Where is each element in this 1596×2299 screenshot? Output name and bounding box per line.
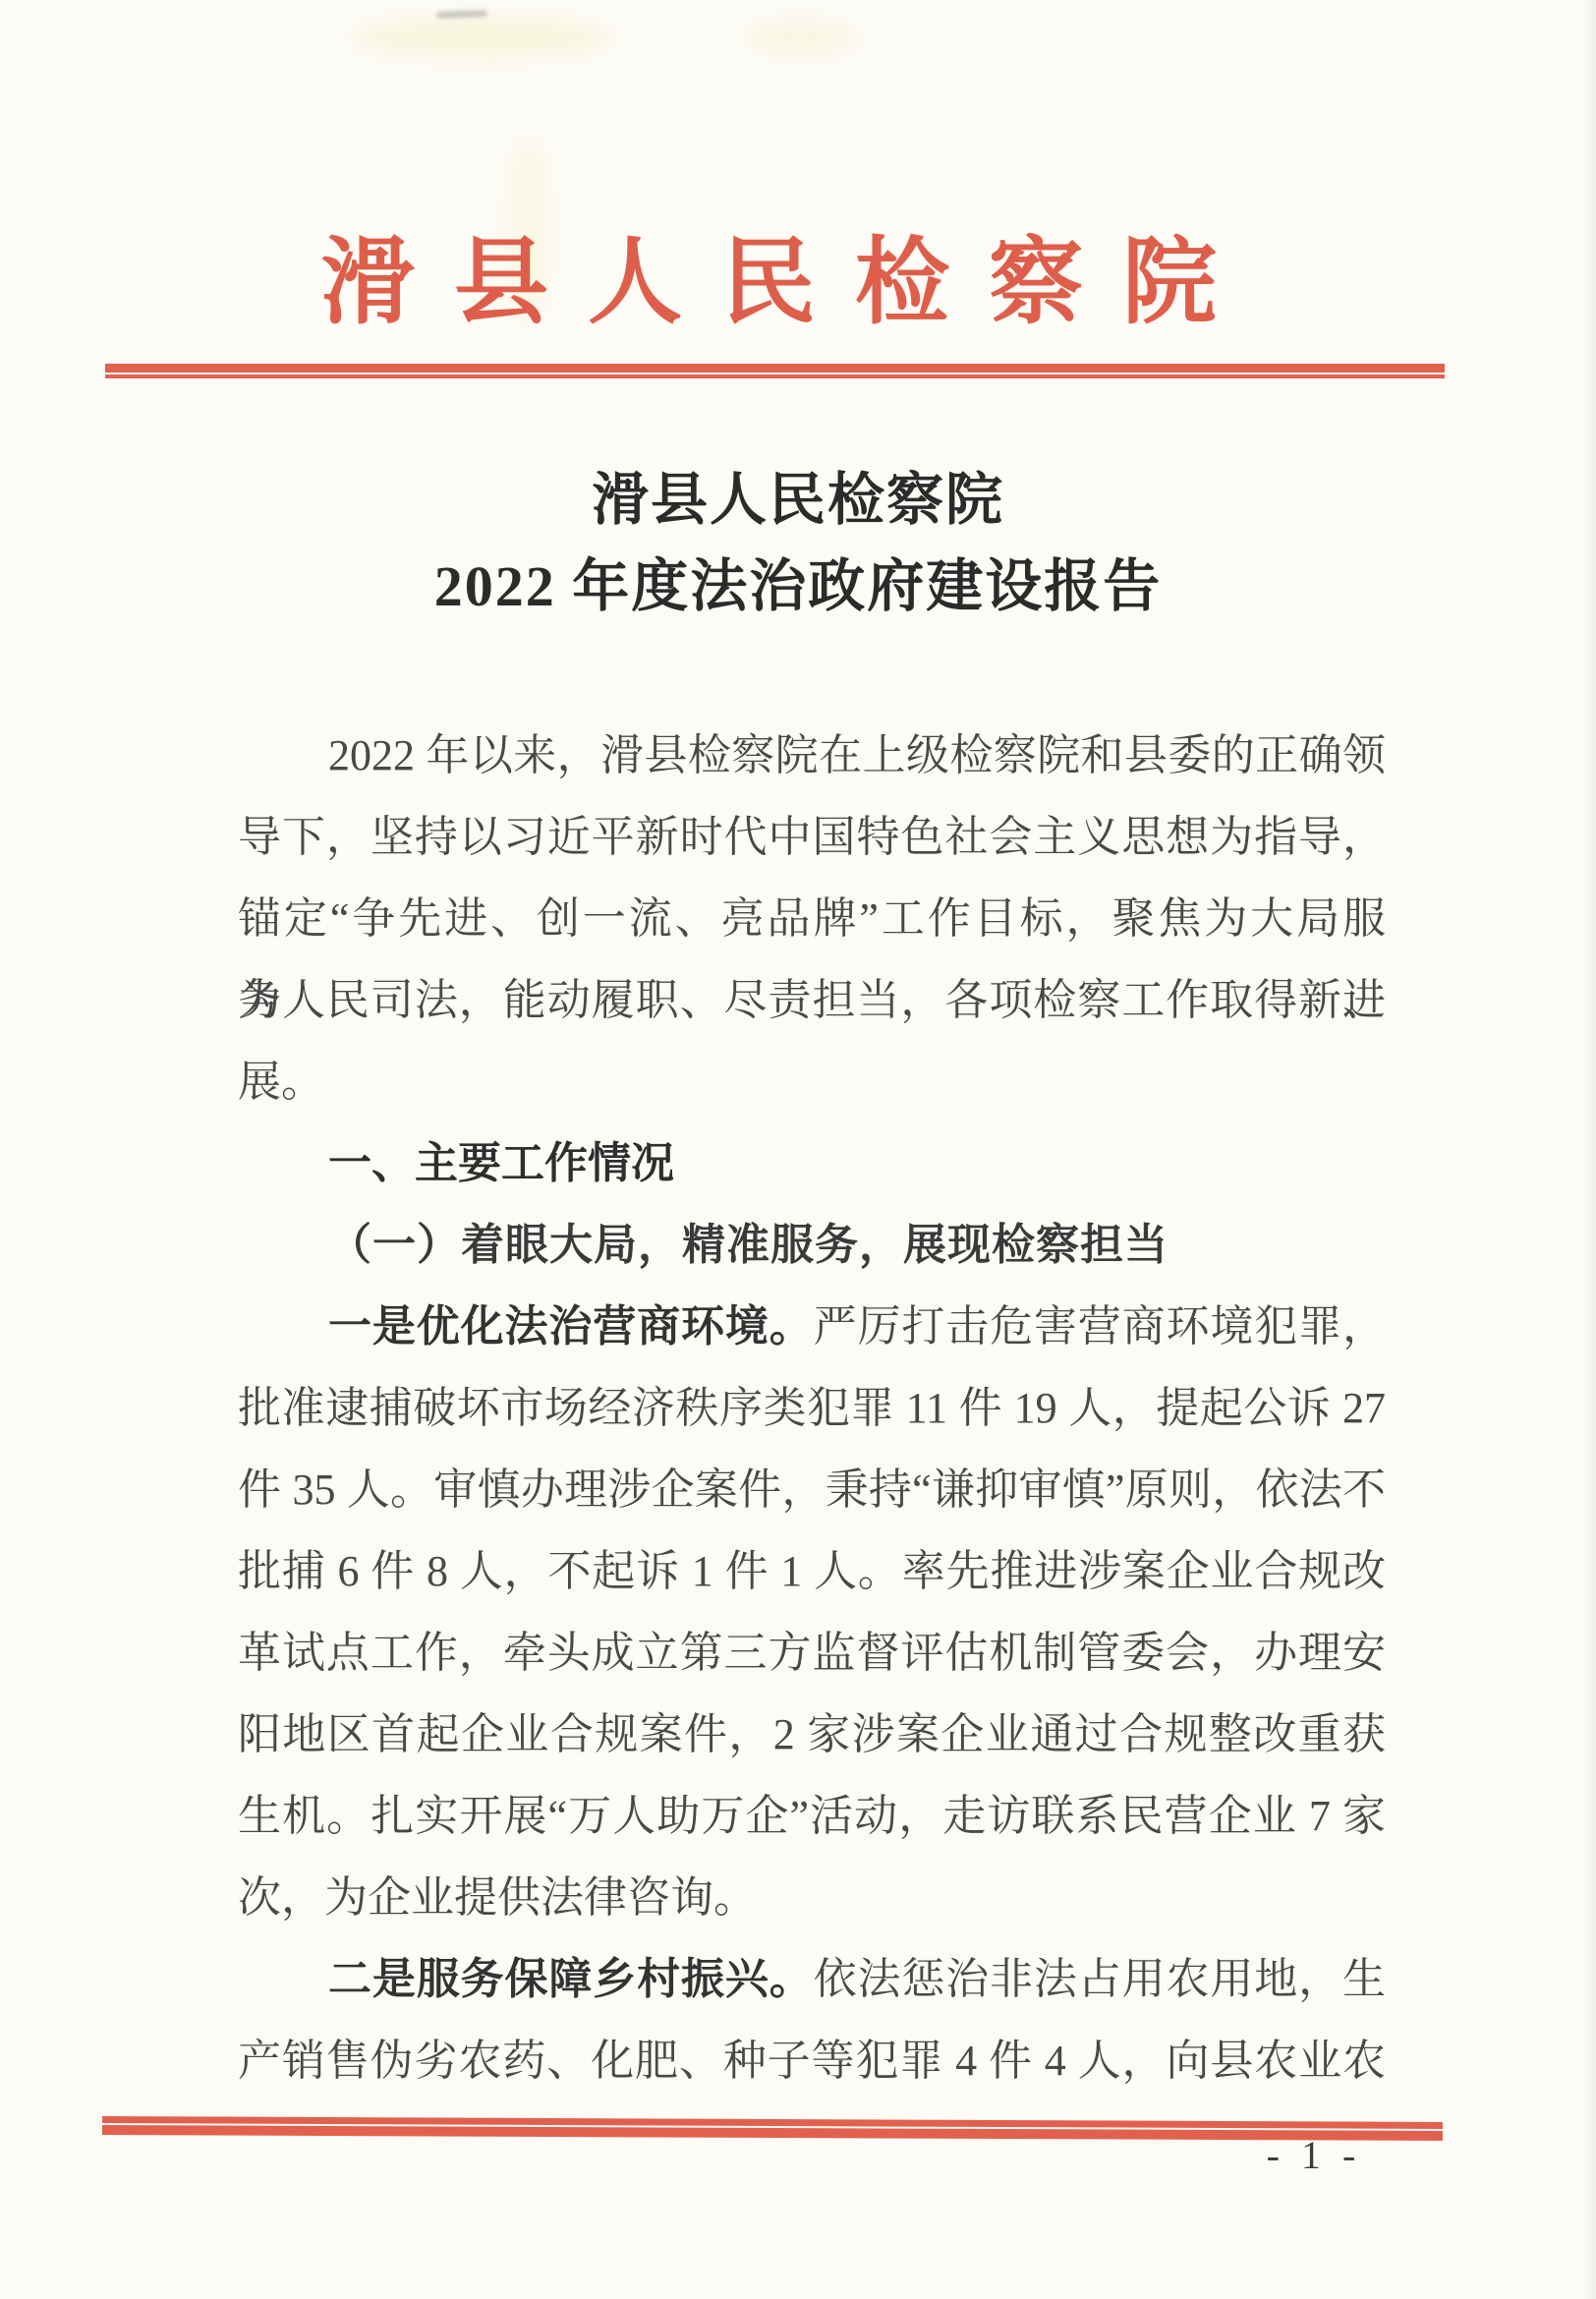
line-text: 阳地区首起企业合规案件，2 家涉案企业通过合规整改重获 bbox=[238, 1710, 1386, 1758]
body-line: 阳地区首起企业合规案件，2 家涉案企业通过合规整改重获 bbox=[238, 1694, 1386, 1775]
body-line: 批准逮捕破坏市场经济秩序类犯罪 11 件 19 人，提起公诉 27 bbox=[238, 1367, 1386, 1449]
body-line: 为人民司法，能动履职、尽责担当，各项检察工作取得新进 bbox=[238, 959, 1386, 1041]
body-line: 产销售伪劣农药、化肥、种子等犯罪 4 件 4 人，向县农业农 bbox=[238, 2020, 1386, 2101]
line-text: 革试点工作，牵头成立第三方监督评估机制管委会，办理安 bbox=[238, 1629, 1386, 1677]
document-body: 2022 年以来，滑县检察院在上级检察院和县委的正确领 导下，坚持以习近平新时代… bbox=[238, 715, 1386, 2101]
body-line: 生机。扎实开展“万人助万企”活动，走访联系民营企业 7 家 bbox=[238, 1775, 1386, 1857]
line-text: 批准逮捕破坏市场经济秩序类犯罪 11 件 19 人，提起公诉 27 bbox=[238, 1384, 1386, 1432]
body-line: 二是服务保障乡村振兴。依法惩治非法占用农用地，生 bbox=[238, 1938, 1386, 2020]
scan-speck bbox=[747, 20, 855, 55]
section-heading: 一、主要工作情况 bbox=[238, 1122, 1386, 1204]
body-line: 展。 bbox=[238, 1041, 1386, 1122]
line-text: 严厉打击危害营商环境犯罪， bbox=[814, 1302, 1386, 1351]
line-text: 为人民司法，能动履职、尽责担当，各项检察工作取得新进 bbox=[238, 976, 1386, 1024]
line-text: 件 35 人。审慎办理涉企案件，秉持“谦抑审慎”原则，依法不 bbox=[238, 1466, 1386, 1514]
letterhead-org-name: 滑县人民检察院 bbox=[320, 232, 1256, 334]
body-line: 次，为企业提供法律咨询。 bbox=[238, 1857, 1386, 1938]
page-number: - 1 - bbox=[1216, 2131, 1412, 2180]
body-line: 件 35 人。审慎办理涉企案件，秉持“谦抑审慎”原则，依法不 bbox=[238, 1449, 1386, 1530]
line-text: 依法惩治非法占用农用地，生 bbox=[814, 1955, 1386, 2003]
bold-lead: 二是服务保障乡村振兴。 bbox=[328, 1955, 814, 2003]
body-line: 导下，坚持以习近平新时代中国特色社会主义思想为指导， bbox=[238, 796, 1386, 878]
line-text: 一、主要工作情况 bbox=[328, 1139, 674, 1187]
header-rule-thin-bar bbox=[105, 374, 1445, 378]
body-line: 2022 年以来，滑县检察院在上级检察院和县委的正确领 bbox=[238, 715, 1386, 796]
bold-lead: 一是优化法治营商环境。 bbox=[328, 1302, 814, 1351]
line-text: 展。 bbox=[238, 1058, 324, 1106]
scanned-document-page: 滑县人民检察院 滑县人民检察院 2022 年度法治政府建设报告 2022 年以来… bbox=[0, 0, 1596, 2299]
line-text: 产销售伪劣农药、化肥、种子等犯罪 4 件 4 人，向县农业农 bbox=[238, 2037, 1386, 2085]
body-line: 批捕 6 件 8 人，不起诉 1 件 1 人。率先推进涉案企业合规改 bbox=[238, 1530, 1386, 1612]
body-line: 锚定“争先进、创一流、亮品牌”工作目标，聚焦为大局服务、 bbox=[238, 878, 1386, 959]
scan-speck bbox=[436, 10, 487, 19]
line-text: 次，为企业提供法律咨询。 bbox=[238, 1873, 757, 1922]
header-double-rule bbox=[105, 364, 1445, 378]
line-text: 导下，坚持以习近平新时代中国特色社会主义思想为指导， bbox=[238, 813, 1386, 861]
body-line: 一是优化法治营商环境。严厉打击危害营商环境犯罪， bbox=[238, 1286, 1386, 1367]
line-text: （一）着眼大局，精准服务，展现检察担当 bbox=[328, 1221, 1168, 1269]
body-line: 革试点工作，牵头成立第三方监督评估机制管委会，办理安 bbox=[238, 1612, 1386, 1694]
document-title-line1: 滑县人民检察院 bbox=[0, 457, 1596, 544]
document-title: 滑县人民检察院 2022 年度法治政府建设报告 bbox=[0, 457, 1596, 630]
line-text: 批捕 6 件 8 人，不起诉 1 件 1 人。率先推进涉案企业合规改 bbox=[238, 1547, 1386, 1595]
line-text: 生机。扎实开展“万人助万企”活动，走访联系民营企业 7 家 bbox=[238, 1792, 1386, 1840]
line-text: 2022 年以来，滑县检察院在上级检察院和县委的正确领 bbox=[328, 731, 1386, 779]
scan-speck bbox=[354, 18, 609, 57]
subsection-heading: （一）着眼大局，精准服务，展现检察担当 bbox=[238, 1204, 1386, 1286]
document-title-line2: 2022 年度法治政府建设报告 bbox=[0, 544, 1596, 630]
page-edge-shadow bbox=[1582, 0, 1596, 2299]
header-rule-thick-bar bbox=[105, 364, 1445, 373]
